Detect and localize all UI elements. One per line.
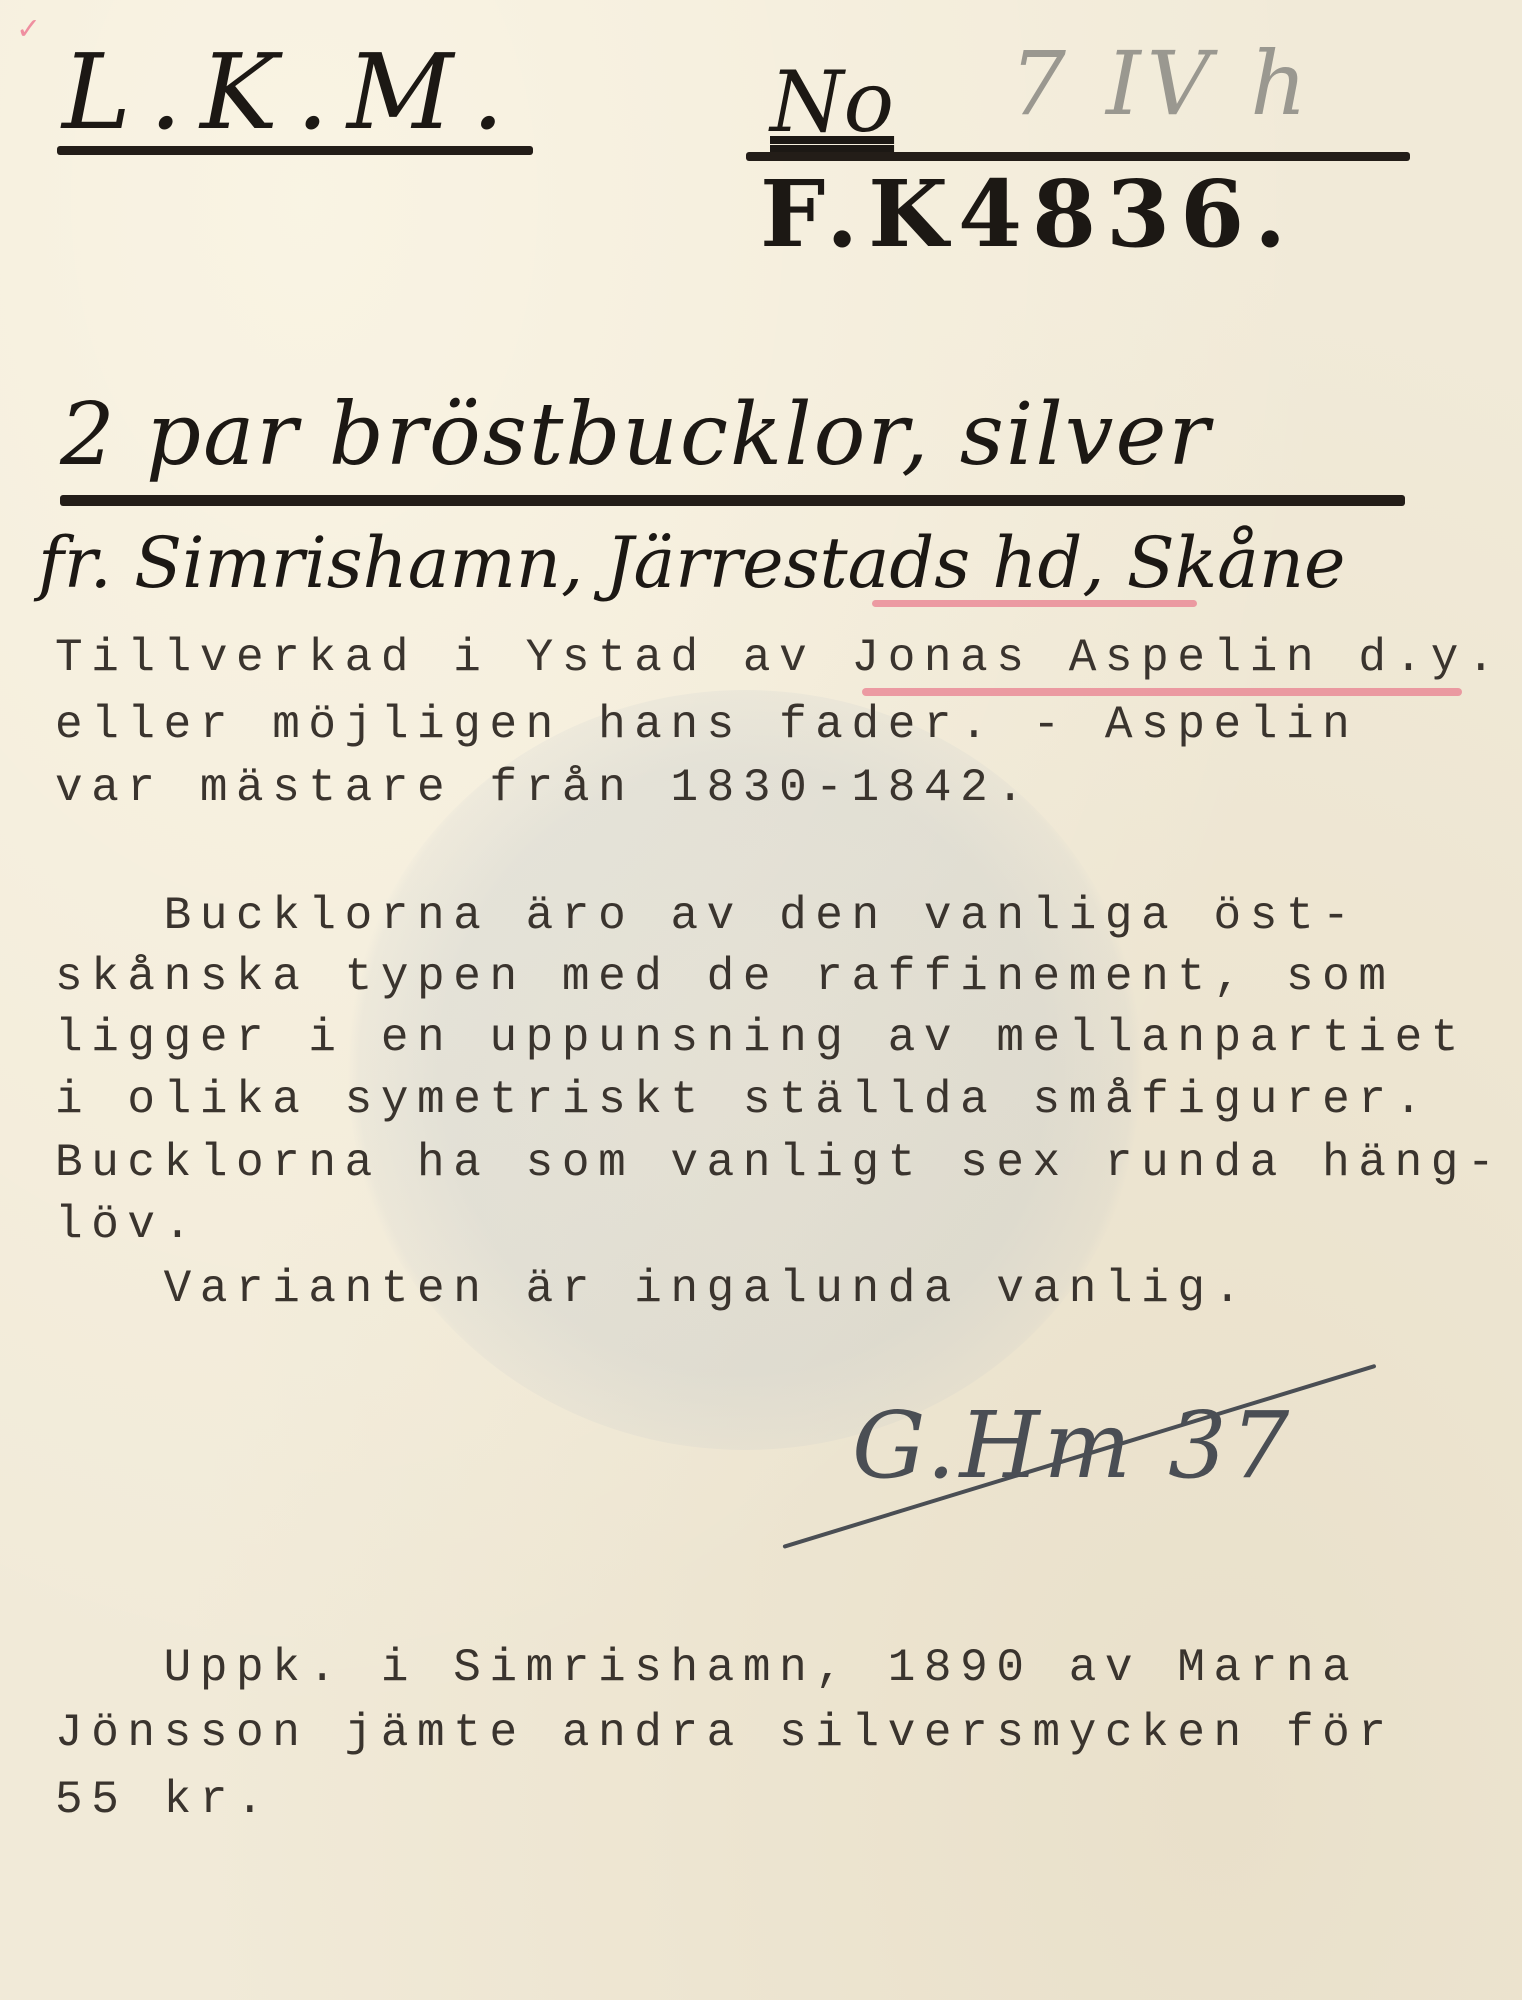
catalog-number: F.K4836. bbox=[760, 168, 1296, 260]
text-line: ligger i en uppunsning av mellanpartiet bbox=[55, 1015, 1467, 1061]
text-line: i olika symetriskt ställda småfigurer. bbox=[55, 1077, 1431, 1123]
text-line: 55 kr. bbox=[55, 1777, 272, 1823]
text-line: eller möjligen hans fader. - Aspelin bbox=[55, 702, 1358, 748]
text-line: Jönsson jämte andra silversmycken för bbox=[55, 1710, 1395, 1756]
text-line: Bucklorna ha som vanligt sex runda häng- bbox=[55, 1140, 1503, 1186]
collection-abbrev: L.K.M. bbox=[62, 40, 522, 144]
red-underline-jarrestads bbox=[872, 600, 1197, 607]
header-left-rule bbox=[57, 146, 533, 155]
pink-check-mark-icon: ✓ bbox=[18, 14, 50, 46]
text-line: Tillverkad i Ystad av Jonas Aspelin d.y. bbox=[55, 635, 1503, 681]
text-line: löv. bbox=[55, 1202, 200, 1248]
text-line: skånska typen med de raffinement, som bbox=[55, 954, 1395, 1000]
number-value: 7 IV h bbox=[1010, 40, 1313, 128]
signature: G.Hm 37 bbox=[852, 1400, 1293, 1492]
title-rule bbox=[60, 495, 1405, 506]
object-title: 2 par bröstbucklor, silver bbox=[60, 392, 1212, 478]
text-line: Uppk. i Simrishamn, 1890 av Marna bbox=[55, 1645, 1358, 1691]
red-underline-jonas-aspelin bbox=[862, 688, 1462, 696]
text-line: Varianten är ingalunda vanlig. bbox=[55, 1266, 1250, 1312]
object-provenance: fr. Simrishamn, Järrestads hd, Skåne bbox=[38, 528, 1345, 598]
text-line: Bucklorna äro av den vanliga öst- bbox=[55, 893, 1358, 939]
text-line: var mästare från 1830-1842. bbox=[55, 765, 1033, 811]
number-label: No bbox=[770, 60, 894, 144]
